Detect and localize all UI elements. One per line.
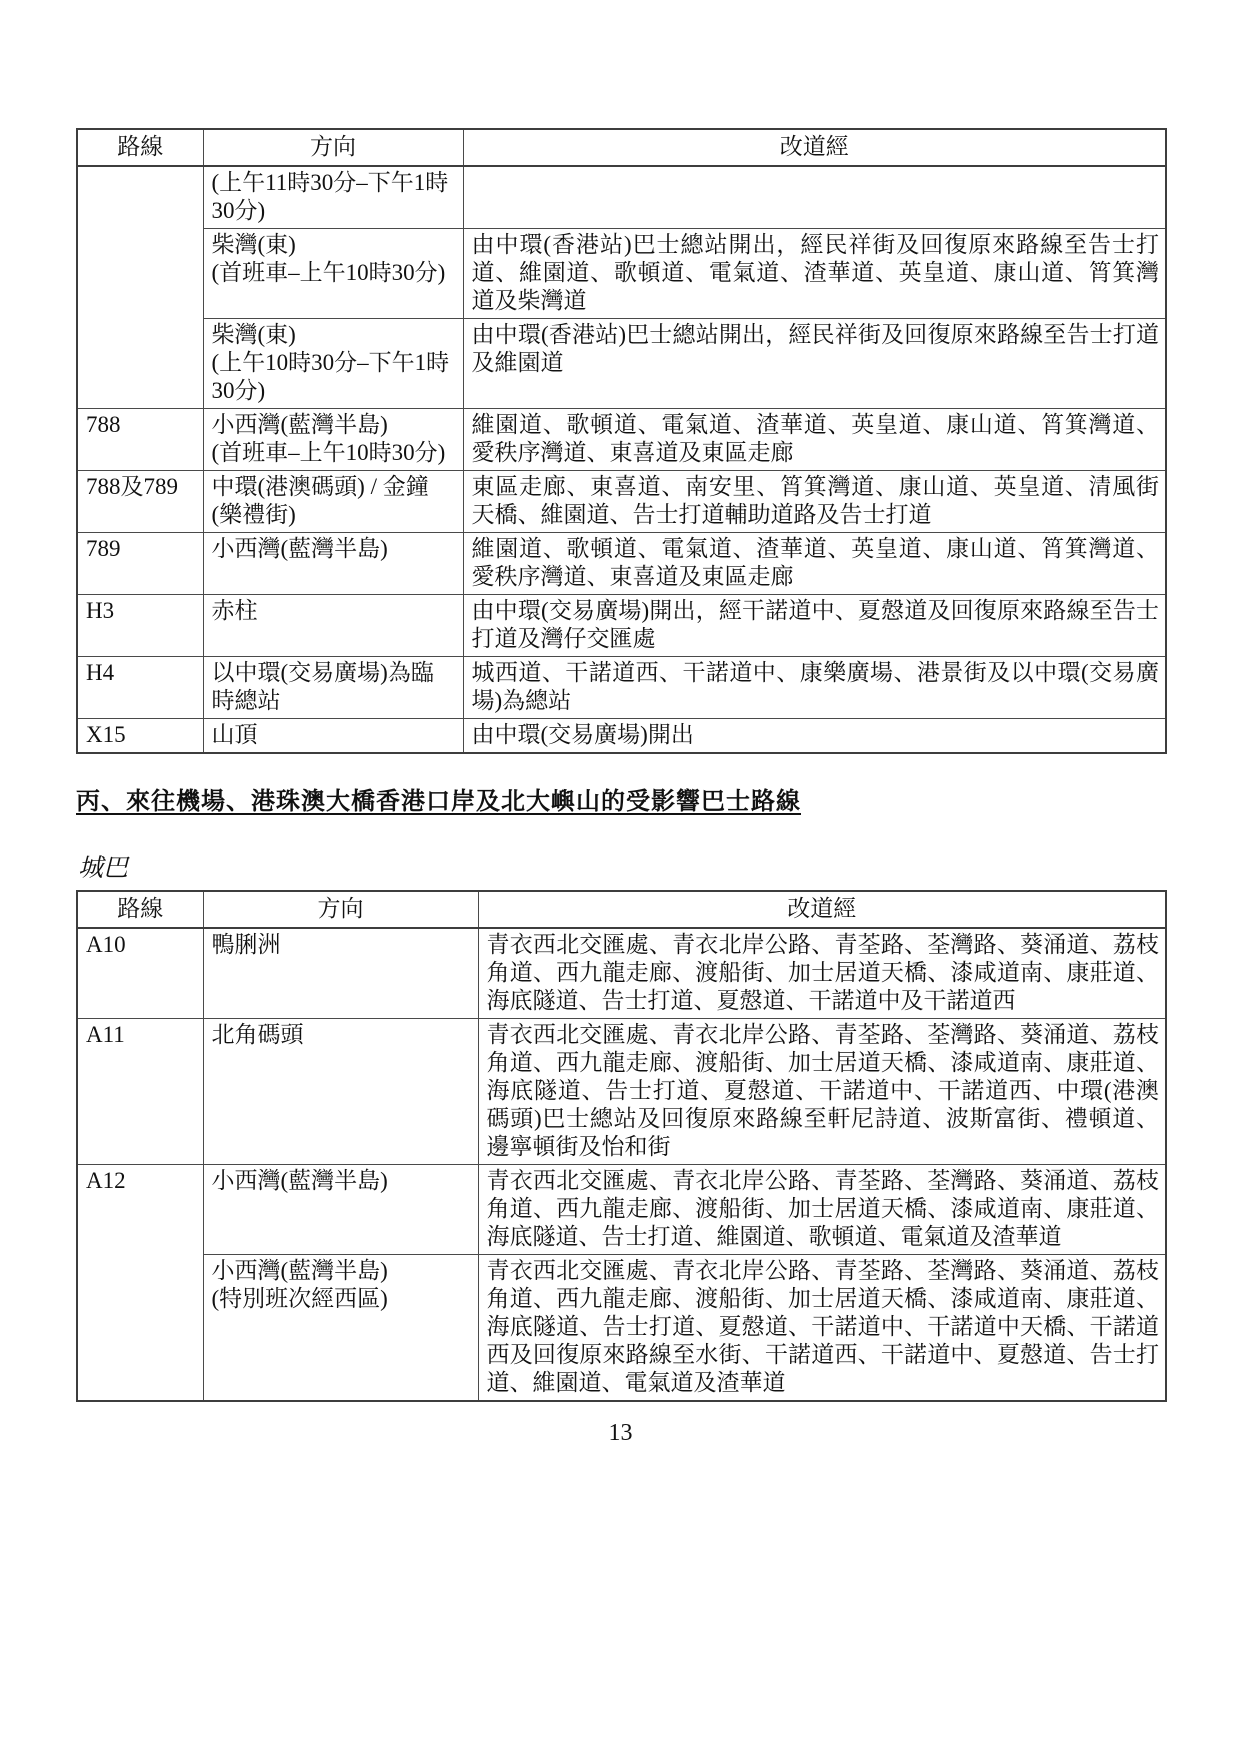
route-cell: H3 (77, 595, 203, 657)
via-cell: 由中環(香港站)巴士總站開出，經民祥街及回復原來路線至告士打道、維園道、歌頓道、… (463, 229, 1166, 319)
route-cell: 788及789 (77, 471, 203, 533)
via-cell: 青衣西北交匯處、青衣北岸公路、青荃路、荃灣路、葵涌道、荔枝角道、西九龍走廊、渡船… (478, 1255, 1166, 1402)
direction-cell: 柴灣(東) (上午10時30分–下午1時30分) (203, 319, 463, 409)
route-cell: A11 (77, 1019, 203, 1165)
route-cell: X15 (77, 719, 203, 754)
col-header-via: 改道經 (478, 891, 1166, 928)
table-row: (上午11時30分–下午1時30分) (77, 166, 1166, 229)
table-row: A12 小西灣(藍灣半島) 青衣西北交匯處、青衣北岸公路、青荃路、荃灣路、葵涌道… (77, 1165, 1166, 1255)
table-row: A10 鴨脷洲 青衣西北交匯處、青衣北岸公路、青荃路、荃灣路、葵涌道、荔枝角道、… (77, 928, 1166, 1019)
via-cell: 維園道、歌頓道、電氣道、渣華道、英皇道、康山道、筲箕灣道、愛秩序灣道、東喜道及東… (463, 533, 1166, 595)
via-cell (463, 166, 1166, 229)
table-row: 788 小西灣(藍灣半島) (首班車–上午10時30分) 維園道、歌頓道、電氣道… (77, 409, 1166, 471)
route-cell (77, 166, 203, 409)
table-row: A11 北角碼頭 青衣西北交匯處、青衣北岸公路、青荃路、荃灣路、葵涌道、荔枝角道… (77, 1019, 1166, 1165)
bus-routes-table-hk-island: 路線 方向 改道經 (上午11時30分–下午1時30分) 柴灣(東) (首班車–… (76, 128, 1167, 754)
col-header-direction: 方向 (203, 891, 478, 928)
col-header-route: 路線 (77, 891, 203, 928)
table-row: 788及789 中環(港澳碼頭) / 金鐘(樂禮街) 東區走廊、東喜道、南安里、… (77, 471, 1166, 533)
via-cell: 青衣西北交匯處、青衣北岸公路、青荃路、荃灣路、葵涌道、荔枝角道、西九龍走廊、渡船… (478, 1019, 1166, 1165)
route-cell: 788 (77, 409, 203, 471)
via-cell: 由中環(交易廣場)開出 (463, 719, 1166, 754)
via-cell: 城西道、干諾道西、干諾道中、康樂廣場、港景街及以中環(交易廣場)為總站 (463, 657, 1166, 719)
table-row: X15 山頂 由中環(交易廣場)開出 (77, 719, 1166, 754)
table-row: 柴灣(東) (首班車–上午10時30分) 由中環(香港站)巴士總站開出，經民祥街… (77, 229, 1166, 319)
table-header-row: 路線 方向 改道經 (77, 891, 1166, 928)
table-row: H4 以中環(交易廣場)為臨時總站 城西道、干諾道西、干諾道中、康樂廣場、港景街… (77, 657, 1166, 719)
table-row: 小西灣(藍灣半島) (特別班次經西區) 青衣西北交匯處、青衣北岸公路、青荃路、荃… (77, 1255, 1166, 1402)
via-cell: 由中環(香港站)巴士總站開出，經民祥街及回復原來路線至告士打道及維園道 (463, 319, 1166, 409)
table-row: 柴灣(東) (上午10時30分–下午1時30分) 由中環(香港站)巴士總站開出，… (77, 319, 1166, 409)
bus-routes-table-airport-lantau: 路線 方向 改道經 A10 鴨脷洲 青衣西北交匯處、青衣北岸公路、青荃路、荃灣路… (76, 890, 1167, 1402)
col-header-direction: 方向 (203, 129, 463, 166)
via-cell: 青衣西北交匯處、青衣北岸公路、青荃路、荃灣路、葵涌道、荔枝角道、西九龍走廊、渡船… (478, 1165, 1166, 1255)
col-header-via: 改道經 (463, 129, 1166, 166)
operator-label: 城巴 (78, 848, 1165, 884)
route-cell: A10 (77, 928, 203, 1019)
direction-cell: 小西灣(藍灣半島) (特別班次經西區) (203, 1255, 478, 1402)
route-cell: H4 (77, 657, 203, 719)
direction-cell: 小西灣(藍灣半島) (首班車–上午10時30分) (203, 409, 463, 471)
col-header-route: 路線 (77, 129, 203, 166)
direction-cell: 北角碼頭 (203, 1019, 478, 1165)
direction-cell: 小西灣(藍灣半島) (203, 1165, 478, 1255)
via-cell: 由中環(交易廣場)開出，經干諾道中、夏慤道及回復原來路線至告士打道及灣仔交匯處 (463, 595, 1166, 657)
document-page: 路線 方向 改道經 (上午11時30分–下午1時30分) 柴灣(東) (首班車–… (0, 0, 1241, 1755)
direction-cell: 柴灣(東) (首班車–上午10時30分) (203, 229, 463, 319)
direction-cell: 鴨脷洲 (203, 928, 478, 1019)
direction-cell: 以中環(交易廣場)為臨時總站 (203, 657, 463, 719)
direction-cell: 中環(港澳碼頭) / 金鐘(樂禮街) (203, 471, 463, 533)
table-row: 789 小西灣(藍灣半島) 維園道、歌頓道、電氣道、渣華道、英皇道、康山道、筲箕… (77, 533, 1166, 595)
via-cell: 青衣西北交匯處、青衣北岸公路、青荃路、荃灣路、葵涌道、荔枝角道、西九龍走廊、渡船… (478, 928, 1166, 1019)
table-row: H3 赤柱 由中環(交易廣場)開出，經干諾道中、夏慤道及回復原來路線至告士打道及… (77, 595, 1166, 657)
section-heading: 丙、來往機場、港珠澳大橋香港口岸及北大嶼山的受影響巴士路線 (76, 781, 1165, 816)
via-cell: 維園道、歌頓道、電氣道、渣華道、英皇道、康山道、筲箕灣道、愛秩序灣道、東喜道及東… (463, 409, 1166, 471)
table-header-row: 路線 方向 改道經 (77, 129, 1166, 166)
page-number: 13 (76, 1420, 1165, 1447)
direction-cell: 小西灣(藍灣半島) (203, 533, 463, 595)
route-cell: A12 (77, 1165, 203, 1402)
route-cell: 789 (77, 533, 203, 595)
via-cell: 東區走廊、東喜道、南安里、筲箕灣道、康山道、英皇道、清風街天橋、維園道、告士打道… (463, 471, 1166, 533)
direction-cell: 赤柱 (203, 595, 463, 657)
direction-cell: 山頂 (203, 719, 463, 754)
direction-cell: (上午11時30分–下午1時30分) (203, 166, 463, 229)
